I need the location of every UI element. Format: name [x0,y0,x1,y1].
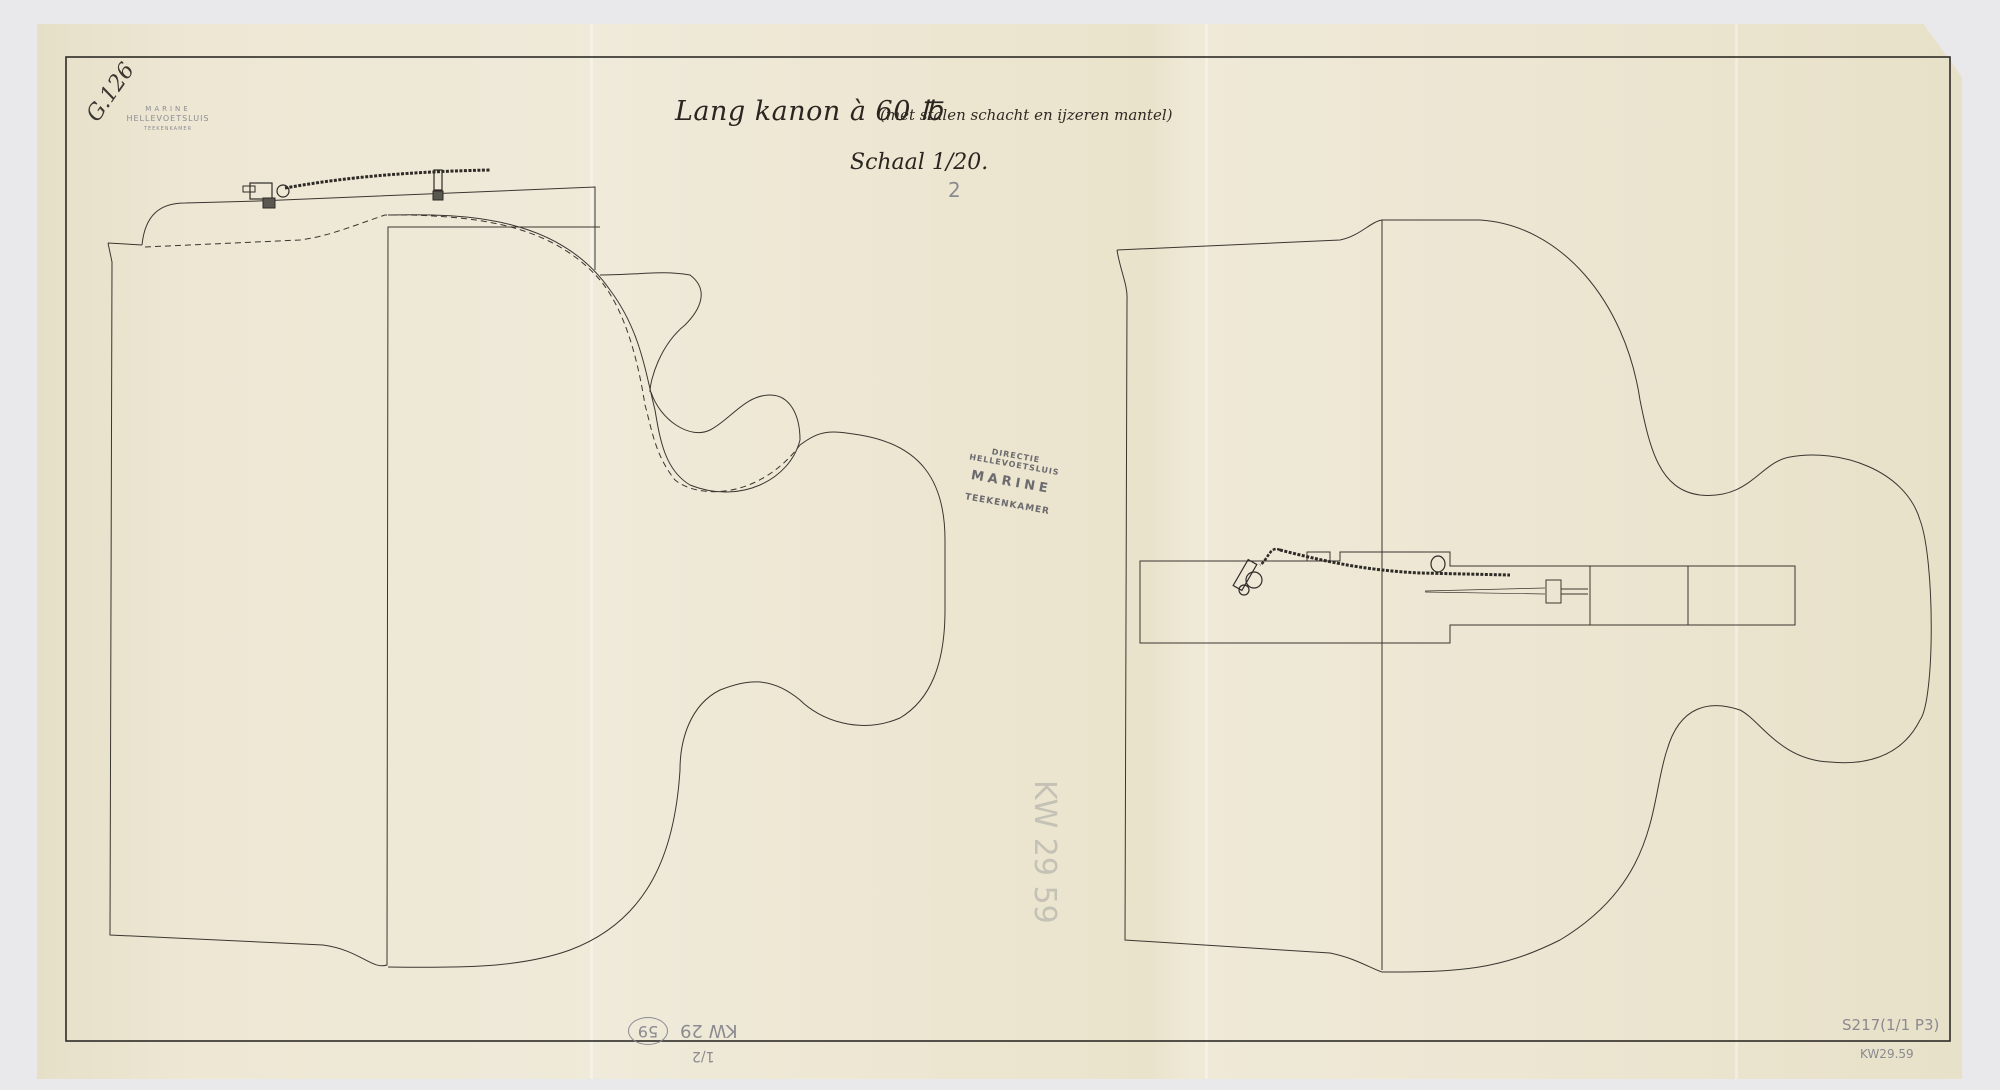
drawing-scale: Schaal 1/20. [850,150,988,175]
stamp-line: HELLEVOETSLUIS [118,114,218,124]
circled-annotation: 59 [628,1017,668,1045]
technical-drawing: KW 29 59 [0,0,2000,1090]
archive-fraction: 1/2 [692,1048,715,1064]
right-chain-fittings [1233,549,1510,595]
left-view [108,187,945,967]
stamp-line: TEEKENKAMER [118,124,218,134]
archive-reference: KW29.59 [1860,1047,1914,1061]
drawing-subtitle: (met stalen schacht en ijzeren mantel) [880,106,1172,124]
stamp-marine-hellevoetsluis: MARINE HELLEVOETSLUIS TEEKENKAMER [118,104,218,134]
faint-pencil-mark: KW 29 59 [1027,780,1062,924]
right-view [1117,220,1931,972]
inventory-code: S217(1/1 P3) [1842,1016,1939,1034]
left-rope-fittings [243,170,490,208]
archive-code: KW 29 [680,1020,738,1041]
stamp-line: MARINE [118,104,218,114]
border-frame [66,57,1950,1041]
pencil-number: 2 [948,178,961,202]
